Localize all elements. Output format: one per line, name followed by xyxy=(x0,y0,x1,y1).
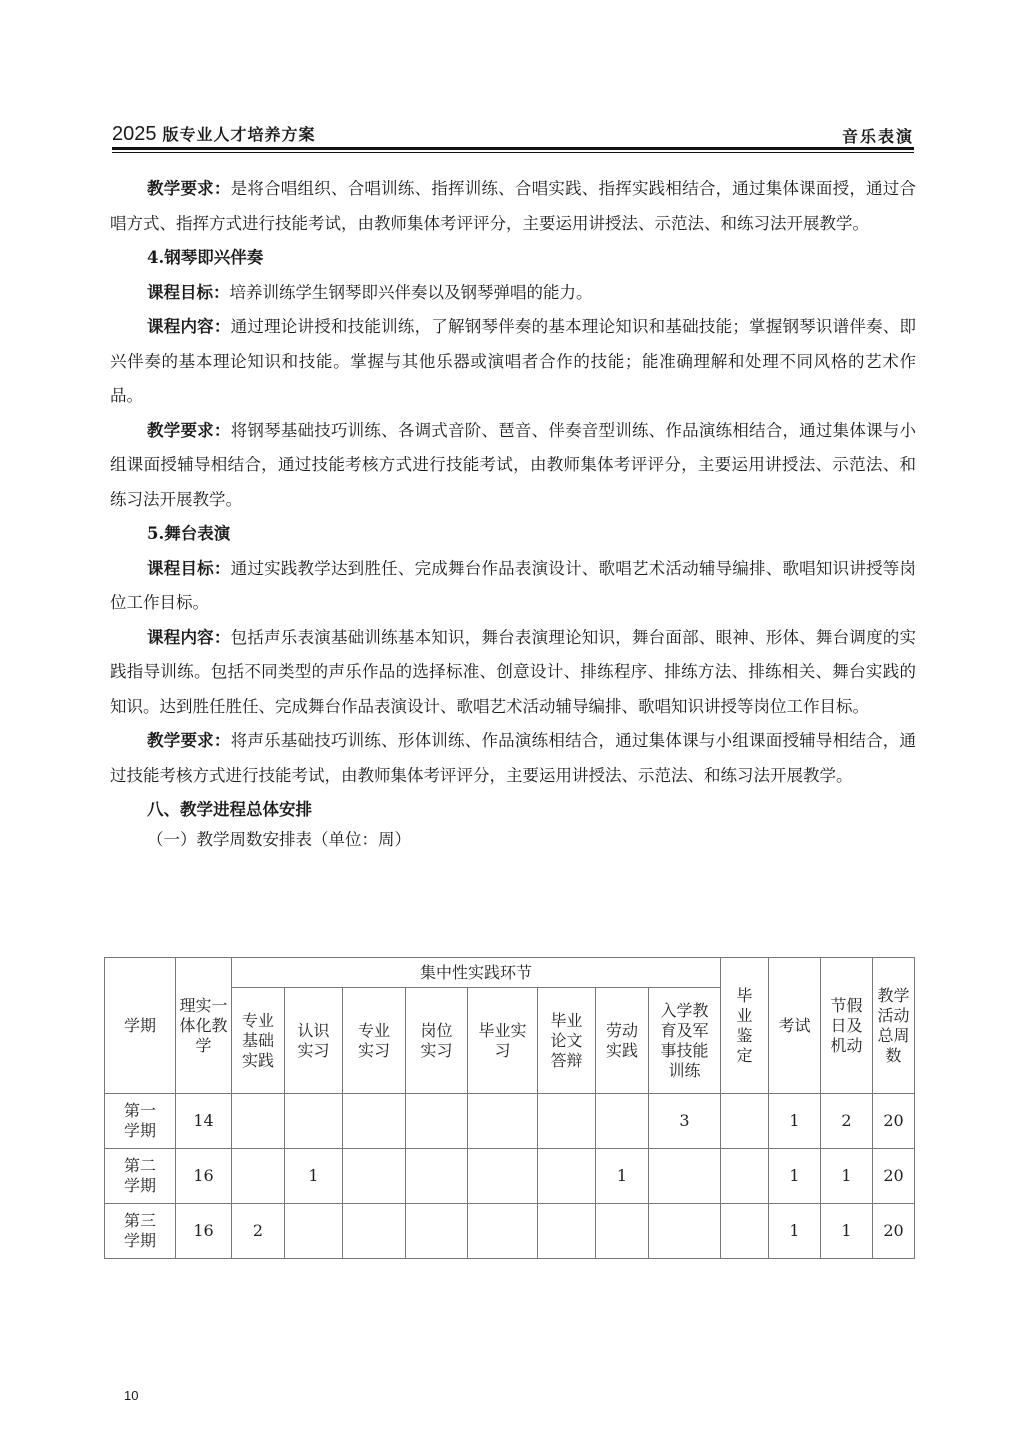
header-exam: 考试 xyxy=(769,958,821,1094)
paragraph-stage-requirements: 教学要求：将声乐基础技巧训练、形体训练、作品演练相结合，通过集体课与小组课面授辅… xyxy=(110,724,916,793)
cell-semester: 第三学期 xyxy=(105,1204,176,1259)
cell-sub xyxy=(232,1149,285,1204)
paragraph-text: 通过理论讲授和技能训练，了解钢琴伴奏的基本理论知识和基础技能；掌握钢琴识谱伴奏、… xyxy=(110,317,916,405)
paragraph-text: 包括声乐表演基础训练基本知识，舞台表演理论知识，舞台面部、眼神、形体、舞台调度的… xyxy=(110,628,916,716)
cell-sub xyxy=(343,1094,406,1149)
cell-sub xyxy=(406,1204,468,1259)
cell-sub xyxy=(343,1149,406,1204)
cell-exam: 1 xyxy=(769,1149,821,1204)
chapter-heading-schedule: 八、教学进程总体安排 xyxy=(110,793,916,828)
cell-exam: 1 xyxy=(769,1204,821,1259)
document-body: 教学要求：是将合唱组织、合唱训练、指挥训练、合唱实践、指挥实践相结合，通过集体课… xyxy=(110,172,916,852)
cell-exam: 1 xyxy=(769,1094,821,1149)
table-row: 第一学期 14 3 1 2 20 xyxy=(105,1094,915,1149)
cell-holiday: 2 xyxy=(821,1094,873,1149)
header-graduation-eval: 毕业鉴定 xyxy=(721,958,769,1094)
cell-sub xyxy=(596,1094,649,1149)
cell-semester: 第一学期 xyxy=(105,1094,176,1149)
table-caption: （一）教学周数安排表（单位：周） xyxy=(110,828,916,852)
cell-sub xyxy=(285,1094,343,1149)
cell-sub xyxy=(406,1094,468,1149)
cell-total: 20 xyxy=(873,1149,915,1204)
header-sub-labor-practice: 劳动实践 xyxy=(596,988,649,1094)
paragraph-lead: 课程目标： xyxy=(147,283,230,302)
cell-sub xyxy=(538,1149,596,1204)
cell-sub xyxy=(468,1204,538,1259)
cell-sub: 1 xyxy=(596,1149,649,1204)
header-sub-post-intern: 岗位实习 xyxy=(406,988,468,1094)
cell-holiday: 1 xyxy=(821,1149,873,1204)
paragraph-lead: 教学要求： xyxy=(147,731,231,750)
paragraph-lead: 教学要求： xyxy=(147,179,231,198)
header-sub-cognition-intern: 认识实习 xyxy=(285,988,343,1094)
document-year: 2025 xyxy=(112,123,157,145)
cell-total: 20 xyxy=(873,1094,915,1149)
document-title-text: 版专业人才培养方案 xyxy=(163,125,316,144)
header-rule-thick xyxy=(112,147,914,150)
paragraph-piano-requirements: 教学要求：将钢琴基础技巧训练、各调式音阶、琶音、伴奏音型训练、作品演练相结合，通… xyxy=(110,414,916,518)
paragraph-lead: 课程内容： xyxy=(147,317,231,336)
header-sub-graduation-intern: 毕业实习 xyxy=(468,988,538,1094)
major-name: 音乐表演 xyxy=(842,124,914,147)
cell-integrated: 16 xyxy=(176,1149,232,1204)
cell-sub xyxy=(649,1149,721,1204)
cell-semester: 第二学期 xyxy=(105,1149,176,1204)
paragraph-piano-goal: 课程目标：培养训练学生钢琴即兴伴奏以及钢琴弹唱的能力。 xyxy=(110,276,916,311)
page-header: 2025 版专业人才培养方案 音乐表演 xyxy=(112,122,914,146)
cell-graduation-eval xyxy=(721,1204,769,1259)
page-number: 10 xyxy=(124,1388,138,1403)
header-semester: 学期 xyxy=(105,958,176,1094)
cell-total: 20 xyxy=(873,1204,915,1259)
cell-sub xyxy=(343,1204,406,1259)
table-row: 第二学期 16 1 1 1 1 20 xyxy=(105,1149,915,1204)
paragraph-choir-requirements: 教学要求：是将合唱组织、合唱训练、指挥训练、合唱实践、指挥实践相结合，通过集体课… xyxy=(110,172,916,241)
paragraph-text: 将声乐基础技巧训练、形体训练、作品演练相结合，通过集体课与小组课面授辅导相结合，… xyxy=(110,731,916,785)
cell-sub xyxy=(285,1204,343,1259)
cell-sub xyxy=(406,1149,468,1204)
paragraph-stage-goal: 课程目标：通过实践教学达到胜任、完成舞台作品表演设计、歌唱艺术活动辅导编排、歌唱… xyxy=(110,552,916,621)
paragraph-lead: 课程内容： xyxy=(147,628,231,647)
section-heading-piano: 4.钢琴即兴伴奏 xyxy=(110,241,916,276)
paragraph-text: 通过实践教学达到胜任、完成舞台作品表演设计、歌唱艺术活动辅导编排、歌唱知识讲授等… xyxy=(110,559,916,613)
header-sub-basic-practice: 专业基础实践 xyxy=(232,988,285,1094)
cell-sub: 1 xyxy=(285,1149,343,1204)
cell-sub: 3 xyxy=(649,1094,721,1149)
paragraph-piano-content: 课程内容：通过理论讲授和技能训练，了解钢琴伴奏的基本理论知识和基础技能；掌握钢琴… xyxy=(110,310,916,414)
cell-integrated: 14 xyxy=(176,1094,232,1149)
cell-graduation-eval xyxy=(721,1149,769,1204)
paragraph-lead: 教学要求： xyxy=(147,421,231,440)
cell-sub xyxy=(468,1149,538,1204)
cell-integrated: 16 xyxy=(176,1204,232,1259)
header-rule-thin xyxy=(112,152,914,153)
table-row: 第三学期 16 2 1 1 20 xyxy=(105,1204,915,1259)
header-total-weeks: 教学活动总周数 xyxy=(873,958,915,1094)
header-sub-thesis-defense: 毕业论文答辩 xyxy=(538,988,596,1094)
cell-holiday: 1 xyxy=(821,1204,873,1259)
section-heading-stage: 5.舞台表演 xyxy=(110,517,916,552)
paragraph-text: 培养训练学生钢琴即兴伴奏以及钢琴弹唱的能力。 xyxy=(230,283,593,302)
header-sub-military-training: 入学教育及军事技能训练 xyxy=(649,988,721,1094)
cell-sub xyxy=(232,1094,285,1149)
cell-graduation-eval xyxy=(721,1094,769,1149)
header-integrated: 理实一体化教学 xyxy=(176,958,232,1094)
header-holiday: 节假日及机动 xyxy=(821,958,873,1094)
header-practice-group: 集中性实践环节 xyxy=(232,958,721,988)
cell-sub xyxy=(468,1094,538,1149)
paragraph-stage-content: 课程内容：包括声乐表演基础训练基本知识，舞台表演理论知识，舞台面部、眼神、形体、… xyxy=(110,621,916,725)
cell-sub: 2 xyxy=(232,1204,285,1259)
cell-sub xyxy=(538,1204,596,1259)
table-header-row: 学期 理实一体化教学 集中性实践环节 毕业鉴定 考试 节假日及机动 教学活动总周… xyxy=(105,958,915,988)
paragraph-text: 是将合唱组织、合唱训练、指挥训练、合唱实践、指挥实践相结合，通过集体课面授，通过… xyxy=(110,179,916,233)
cell-sub xyxy=(596,1204,649,1259)
document-title: 2025 版专业人才培养方案 xyxy=(112,122,316,146)
paragraph-text: 将钢琴基础技巧训练、各调式音阶、琶音、伴奏音型训练、作品演练相结合，通过集体课与… xyxy=(110,421,916,509)
cell-sub xyxy=(649,1204,721,1259)
cell-sub xyxy=(538,1094,596,1149)
header-sub-major-intern: 专业实习 xyxy=(343,988,406,1094)
paragraph-lead: 课程目标： xyxy=(147,559,231,578)
teaching-weeks-table: 学期 理实一体化教学 集中性实践环节 毕业鉴定 考试 节假日及机动 教学活动总周… xyxy=(104,957,915,1259)
